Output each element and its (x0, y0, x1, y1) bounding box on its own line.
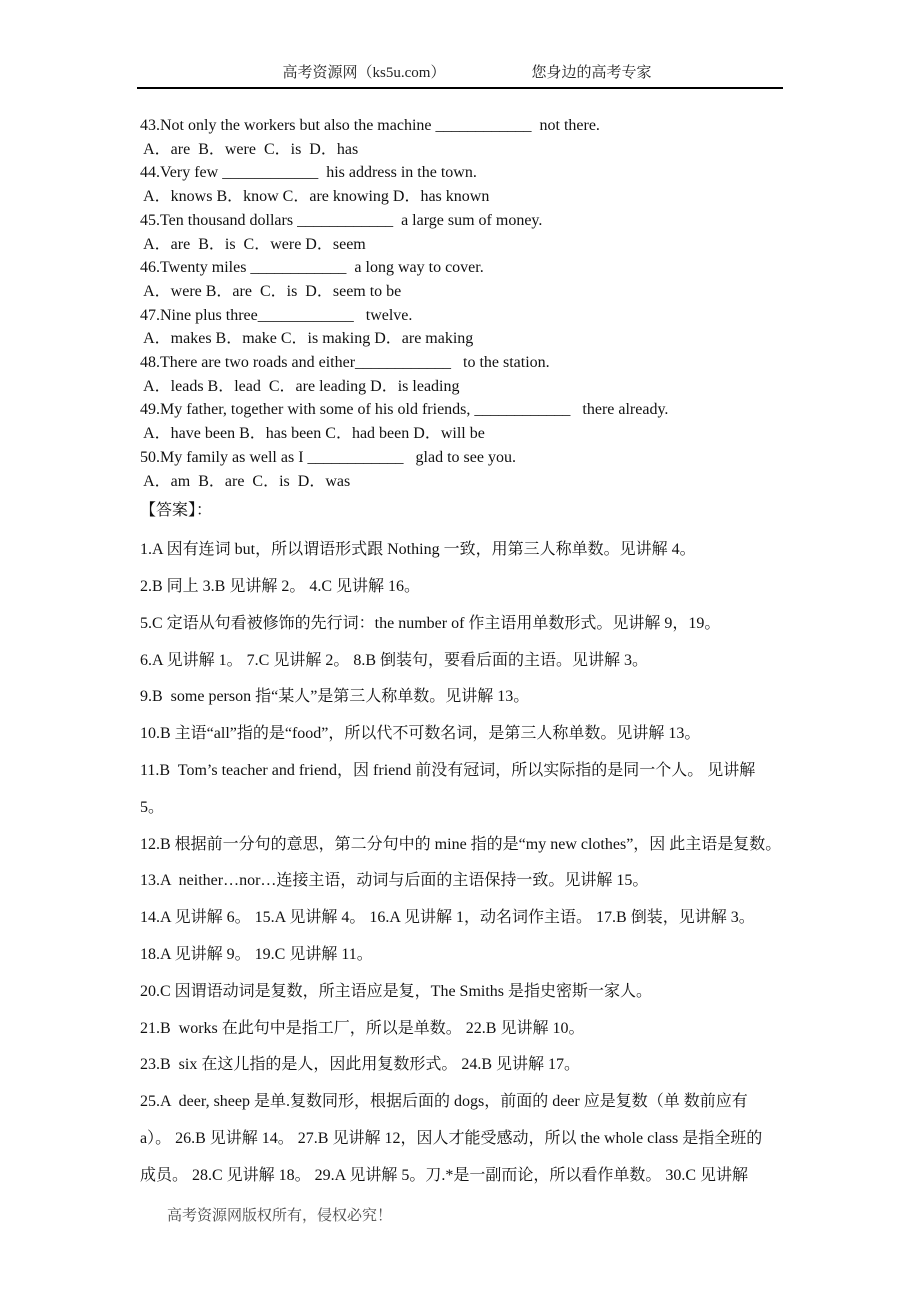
question-stem: 43.Not only the workers but also the mac… (140, 114, 840, 138)
question-stem: 48.There are two roads and either_______… (140, 351, 840, 375)
answer-line: 1.A 因有连词 but，所以谓语形式跟 Nothing 一致，用第三人称单数。… (140, 532, 840, 569)
answer-line: 23.B six 在这儿指的是人，因此用复数形式。 24.B 见讲解 17。 (140, 1047, 840, 1084)
question-stem: 45.Ten thousand dollars ____________ a l… (140, 209, 840, 233)
copyright-notice: 高考资源网版权所有，侵权必究！ (167, 1208, 392, 1224)
answer-line: 2.B 同上 3.B 见讲解 2。 4.C 见讲解 16。 (140, 569, 840, 606)
answer-line: 6.A 见讲解 1。 7.C 见讲解 2。 8.B 倒装句，要看后面的主语。见讲… (140, 643, 840, 680)
answer-line: 20.C 因谓语动词是复数，所主语应是复，The Smiths 是指史密斯一家人… (140, 974, 840, 1011)
answer-line: 25.A deer, sheep 是单.复数同形，根据后面的 dogs，前面的 … (140, 1084, 840, 1121)
answer-line: 21.B works 在此句中是指工厂，所以是单数。 22.B 见讲解 10。 (140, 1011, 840, 1048)
question-options: A．am B．are C．is D．was (140, 470, 840, 494)
site-name: 高考资源网（ks5u.com） (283, 62, 446, 84)
page-header: 高考资源网（ks5u.com） 您身边的高考专家 (7, 62, 920, 84)
question-options: A．leads B．lead C．are leading D．is leadin… (140, 375, 840, 399)
answer-line: 18.A 见讲解 9。 19.C 见讲解 11。 (140, 937, 840, 974)
answer-line: a）。 26.B 见讲解 14。 27.B 见讲解 12，因人才能受感动，所以 … (140, 1121, 840, 1158)
question-stem: 50.My family as well as I ____________ g… (140, 446, 840, 470)
answer-list: 1.A 因有连词 but，所以谓语形式跟 Nothing 一致，用第三人称单数。… (140, 532, 840, 1194)
answer-line: 成员。 28.C 见讲解 18。 29.A 见讲解 5。刀.*是一副而论，所以看… (140, 1158, 840, 1195)
answer-line: 9.B some person 指“某人”是第三人称单数。见讲解 13。 (140, 679, 840, 716)
question-options: A．have been B．has been C．had been D．will… (140, 422, 840, 446)
page-footer: 高考资源网版权所有，侵权必究！ (167, 1206, 392, 1226)
question-options: A．are B．is C．were D．seem (140, 233, 840, 257)
answers-heading: 【答案】： (140, 499, 840, 523)
document-page: 高考资源网（ks5u.com） 您身边的高考专家 43.Not only the… (0, 0, 920, 1302)
answer-line: 11.B Tom’s teacher and friend，因 friend 前… (140, 753, 840, 790)
header-divider (137, 87, 783, 89)
question-list: 43.Not only the workers but also the mac… (140, 114, 840, 523)
question-options: A．makes B．make C．is making D．are making (140, 327, 840, 351)
answer-line: 12.B 根据前一分句的意思，第二分句中的 mine 指的是“my new cl… (140, 827, 840, 864)
question-stem: 47.Nine plus three____________ twelve. (140, 304, 840, 328)
question-stem: 49.My father, together with some of his … (140, 398, 840, 422)
answer-line: 14.A 见讲解 6。 15.A 见讲解 4。 16.A 见讲解 1，动名词作主… (140, 900, 840, 937)
question-options: A．knows B．know C．are knowing D．has known (140, 185, 840, 209)
question-options: A．are B．were C．is D．has (140, 138, 840, 162)
question-options: A．were B．are C．is D．seem to be (140, 280, 840, 304)
site-slogan: 您身边的高考专家 (531, 62, 651, 84)
answer-line: 10.B 主语“all”指的是“food”，所以代不可数名词，是第三人称单数。见… (140, 716, 840, 753)
question-stem: 44.Very few ____________ his address in … (140, 161, 840, 185)
answer-line: 13.A neither…nor…连接主语，动词与后面的主语保持一致。见讲解 1… (140, 863, 840, 900)
document-body: 43.Not only the workers but also the mac… (140, 114, 840, 1195)
answer-line: 5.C 定语从句看被修饰的先行词：the number of 作主语用单数形式。… (140, 606, 840, 643)
question-stem: 46.Twenty miles ____________ a long way … (140, 256, 840, 280)
answer-line: 5。 (140, 790, 840, 827)
